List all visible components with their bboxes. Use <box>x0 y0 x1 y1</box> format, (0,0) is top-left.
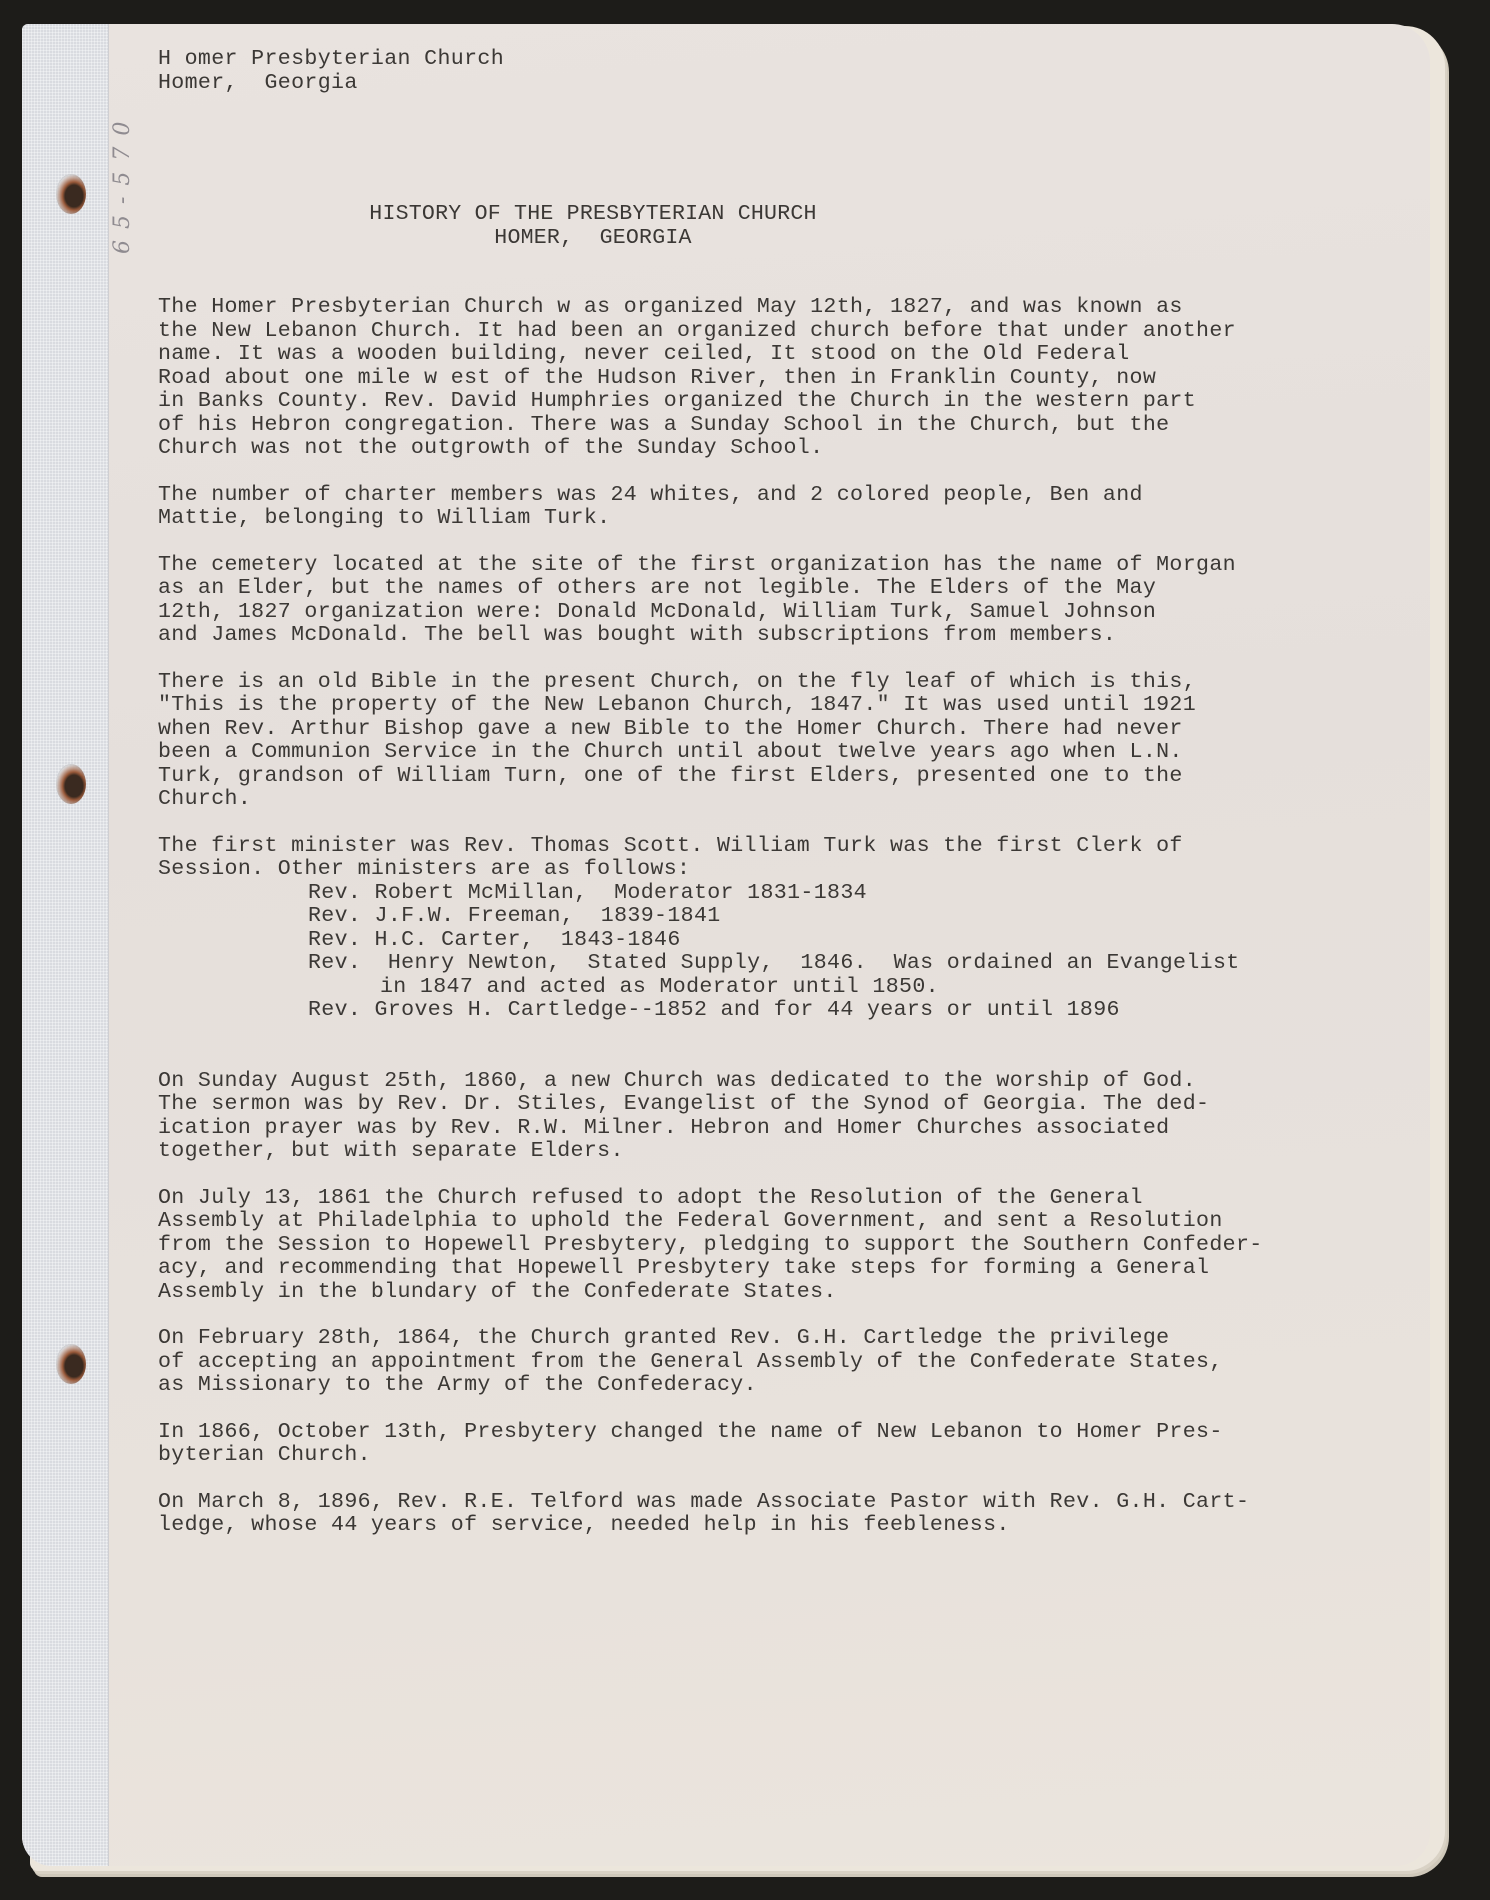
minister-entry: Rev. H.C. Carter, 1843-1846 <box>308 929 1358 953</box>
paragraph-charter-members: The number of charter members was 24 whi… <box>158 484 1358 531</box>
title-line-2: HOMER, GEORGIA <box>158 227 1028 251</box>
minister-entry-continuation: in 1847 and acted as Moderator until 185… <box>308 976 1358 1000</box>
binder-hole-icon <box>56 174 86 214</box>
fabric-binding-strip <box>22 24 109 1866</box>
document-scan: 6 5 - 5 7 0 H omer Presbyterian Church H… <box>0 0 1490 1900</box>
document-body: H omer Presbyterian Church Homer, Georgi… <box>158 48 1358 1561</box>
typed-page: 6 5 - 5 7 0 H omer Presbyterian Church H… <box>22 24 1430 1866</box>
ministers-list: Rev. Robert McMillan, Moderator 1831-183… <box>308 882 1358 1023</box>
paragraph-dedication-1860: On Sunday August 25th, 1860, a new Churc… <box>158 1070 1358 1164</box>
handwritten-accession-number: 6 5 - 5 7 0 <box>110 120 135 254</box>
paragraph-renaming-1866: In 1866, October 13th, Presbytery change… <box>158 1421 1358 1468</box>
minister-entry: Rev. Robert McMillan, Moderator 1831-183… <box>308 882 1358 906</box>
spacer <box>158 1023 1358 1070</box>
letterhead-location: Homer, Georgia <box>158 72 1358 96</box>
paragraph-resolution-1861: On July 13, 1861 the Church refused to a… <box>158 1187 1358 1305</box>
paragraph-ministers-intro: The first minister was Rev. Thomas Scott… <box>158 835 1358 882</box>
paragraph-associate-pastor-1896: On March 8, 1896, Rev. R.E. Telford was … <box>158 1491 1358 1538</box>
document-title: HISTORY OF THE PRESBYTERIAN CHURCH HOMER… <box>158 203 1358 250</box>
paragraph-old-bible: There is an old Bible in the present Chu… <box>158 671 1358 812</box>
minister-entry: Rev. J.F.W. Freeman, 1839-1841 <box>308 905 1358 929</box>
binder-hole-icon <box>56 1344 86 1384</box>
letterhead-church-name: H omer Presbyterian Church <box>158 48 1358 72</box>
binder-hole-icon <box>56 764 86 804</box>
paragraph-cemetery-elders: The cemetery located at the site of the … <box>158 554 1358 648</box>
minister-entry: Rev. Henry Newton, Stated Supply, 1846. … <box>308 952 1358 976</box>
letterhead: H omer Presbyterian Church Homer, Georgi… <box>158 48 1358 95</box>
paragraph-missionary-1864: On February 28th, 1864, the Church grant… <box>158 1327 1358 1398</box>
title-line-1: HISTORY OF THE PRESBYTERIAN CHURCH <box>158 203 1028 227</box>
minister-entry: Rev. Groves H. Cartledge--1852 and for 4… <box>308 999 1358 1023</box>
paragraph-organization: The Homer Presbyterian Church w as organ… <box>158 296 1358 461</box>
